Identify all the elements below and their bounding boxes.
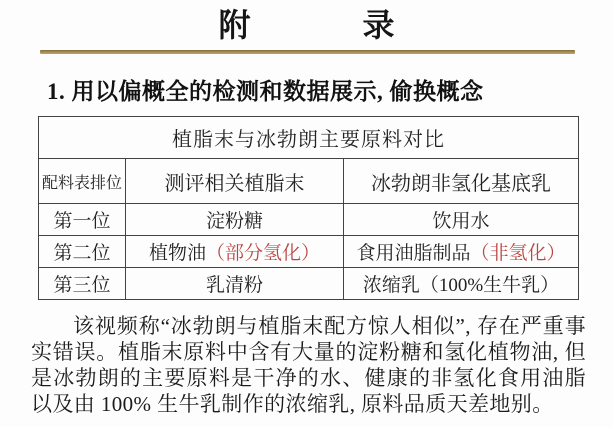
title-divider-rule	[40, 50, 575, 54]
cell-creamer-3-text: 乳清粉	[206, 275, 263, 296]
cell-creamer-3: 乳清粉	[126, 268, 344, 300]
cell-rank-3: 第三位	[39, 268, 126, 300]
cell-base-1-text: 饮用水	[433, 211, 490, 232]
cell-base-1: 饮用水	[344, 204, 579, 236]
cell-base-3-text: 浓缩乳（100%生牛乳）	[363, 275, 559, 296]
cell-creamer-1-text: 淀粉糖	[206, 211, 263, 232]
table-title-row: 植脂末与冰勃朗主要原料对比	[39, 117, 579, 159]
table-title: 植脂末与冰勃朗主要原料对比	[39, 117, 579, 159]
cell-creamer-2-text: 植物油	[149, 243, 206, 264]
cell-base-2: 食用油脂制品（非氢化）	[344, 236, 579, 268]
column-header-creamer: 测评相关植脂末	[126, 159, 344, 204]
table-row-second: 第二位 植物油（部分氢化） 食用油脂制品（非氢化）	[39, 236, 579, 268]
cell-creamer-2-note: （部分氢化）	[206, 243, 320, 264]
table-row-first: 第一位 淀粉糖 饮用水	[39, 204, 579, 236]
section-heading: 1. 用以偏概全的检测和数据展示, 偷换概念	[47, 78, 613, 106]
page-title-char-2: 录	[363, 7, 395, 44]
cell-creamer-1: 淀粉糖	[126, 204, 344, 236]
column-header-base-milk: 冰勃朗非氢化基底乳	[344, 159, 579, 204]
cell-base-2-note: （非氢化）	[471, 243, 566, 264]
page-title: 附 录	[0, 0, 613, 44]
ingredient-comparison-table: 植脂末与冰勃朗主要原料对比 配料表排位 测评相关植脂末 冰勃朗非氢化基底乳 第一…	[38, 116, 579, 300]
body-paragraph: 该视频称“冰勃朗与植脂末配方惊人相似”, 存在严重事实错误。植脂末原料中含有大量…	[31, 313, 586, 417]
cell-rank-1: 第一位	[39, 204, 126, 236]
cell-creamer-2: 植物油（部分氢化）	[126, 236, 344, 268]
table-row-third: 第三位 乳清粉 浓缩乳（100%生牛乳）	[39, 268, 579, 300]
appendix-page: 附 录 1. 用以偏概全的检测和数据展示, 偷换概念 植脂末与冰勃朗主要原料对比…	[0, 0, 613, 427]
column-header-rank: 配料表排位	[39, 159, 126, 204]
cell-rank-2: 第二位	[39, 236, 126, 268]
cell-base-3: 浓缩乳（100%生牛乳）	[344, 268, 579, 300]
page-title-char-1: 附	[218, 7, 250, 44]
cell-base-2-text: 食用油脂制品	[356, 243, 470, 264]
table-header-row: 配料表排位 测评相关植脂末 冰勃朗非氢化基底乳	[39, 159, 579, 204]
